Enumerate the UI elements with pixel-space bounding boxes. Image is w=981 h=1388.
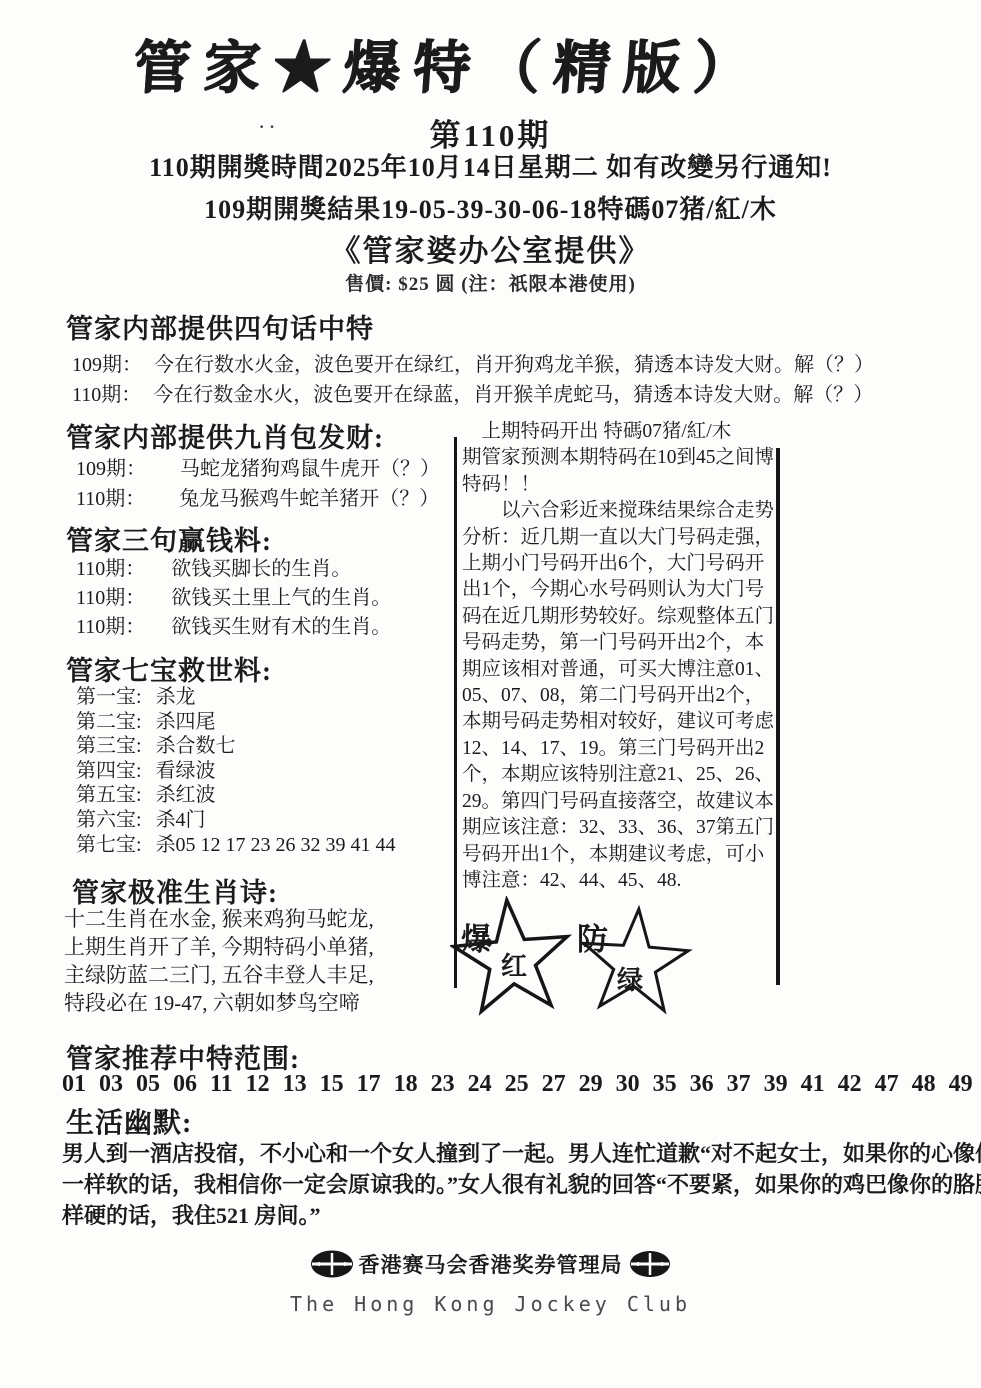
poem-line: 上期生肖开了羊, 今期特码小单猪, xyxy=(64,933,374,961)
tip-row: 109期： 马蛇龙猪狗鸡鼠牛虎开（？） xyxy=(76,454,440,484)
row-text: 欲钱买土里上气的生肖。 xyxy=(171,584,391,613)
row-label: 第二宝: xyxy=(76,710,142,735)
row-text: 杀合数七 xyxy=(156,734,236,759)
row-label: 第三宝: xyxy=(76,734,142,759)
tip-row: 110期： 今在行数金水火，波色要开在绿蓝，肖开猴羊虎蛇马，猜透本诗发大财。解（… xyxy=(72,380,874,410)
row-label: 110期： xyxy=(72,380,141,410)
row-text: 今在行数水火金，波色要开在绿红，肖开狗鸡龙羊猴，猜透本诗发大财。解（？） xyxy=(154,350,874,380)
section-heading-three-sentences: 管家三句赢钱料: xyxy=(66,519,272,558)
row-text: 兔龙马猴鸡牛蛇羊猪开（？） xyxy=(179,484,439,514)
analysis-line: 上期小门号码开出6个，大门号码开 xyxy=(462,551,770,577)
provider-title: 《管家婆办公室提供》 xyxy=(0,226,981,270)
poem-line: 十二生肖在水金, 猴来鸡狗马蛇龙, xyxy=(64,905,374,933)
footer-org-english: The Hong Kong Jockey Club xyxy=(0,1292,981,1316)
row-label: 第四宝: xyxy=(76,759,142,784)
row-label: 109期： xyxy=(76,454,146,484)
tip-row: 第三宝: 杀合数七 xyxy=(76,734,396,759)
analysis-line: 博注意：42、44、45、48. xyxy=(462,868,770,894)
humor-line: 一样软的话，我相信你一定会原谅我的。”女人很有礼貌的回答“不要紧，如果你的鸡巴像… xyxy=(62,1169,981,1200)
analysis-line: 上期特码开出 特碼07猪/紅/木 xyxy=(462,419,770,445)
four-sentences-rows: 109期： 今在行数水火金，波色要开在绿红，肖开狗鸡龙羊猴，猜透本诗发大财。解（… xyxy=(72,350,874,410)
tip-row: 第一宝: 杀龙 xyxy=(76,685,396,710)
section-heading-seven-treasures: 管家七宝救世料: xyxy=(66,649,272,688)
nine-xiao-rows: 109期： 马蛇龙猪狗鸡鼠牛虎开（？） 110期： 兔龙马猴鸡牛蛇羊猪开（？） xyxy=(76,454,440,514)
row-label: 第五宝: xyxy=(76,783,142,808)
tip-row: 110期： 欲钱买生财有术的生肖。 xyxy=(76,613,391,642)
tip-row: 第二宝: 杀四尾 xyxy=(76,710,396,735)
row-text: 看绿波 xyxy=(156,759,216,784)
row-text: 杀红波 xyxy=(156,783,216,808)
section-heading-four-sentences: 管家内部提供四句话中特 xyxy=(66,307,374,346)
row-text: 杀龙 xyxy=(156,685,196,710)
analysis-line: 码在近几期形势较好。综观整体五门 xyxy=(462,604,770,630)
section-heading-humor: 生活幽默: xyxy=(66,1101,192,1141)
analysis-line: 特码！！ xyxy=(462,472,770,498)
poem-line: 主绿防蓝二三门, 五谷丰登人丰足, xyxy=(64,961,374,989)
row-label: 109期： xyxy=(72,350,142,380)
analysis-line: 29。第四门号码直接落空，故建议本 xyxy=(462,789,770,815)
row-label: 110期： xyxy=(76,613,145,642)
analysis-line: 号码开出1个，本期建议考虑，可小 xyxy=(462,842,770,868)
tip-sheet-page: 管家★爆特（精版） ·· 第110期 110期開獎時間2025年10月14日星期… xyxy=(0,0,981,1388)
analysis-line: 期应该相对普通，可买大博注意01、 xyxy=(462,657,770,683)
analysis-line: 以六合彩近来搅珠结果综合走势 xyxy=(462,498,770,524)
row-label: 第一宝: xyxy=(76,685,142,710)
star-label-red: 红 xyxy=(501,946,527,983)
star-label-green: 绿 xyxy=(617,960,643,997)
three-sentences-rows: 110期： 欲钱买脚长的生肖。 110期： 欲钱买土里上气的生肖。 110期： … xyxy=(76,555,391,642)
last-result-line: 109期開獎結果19-05-39-30-06-18特碼07猪/紅/木 xyxy=(0,189,981,226)
row-text: 马蛇龙猪狗鸡鼠牛虎开（？） xyxy=(180,454,440,484)
price-note: 售價: $25 圆 (注：祇限本港使用) xyxy=(0,269,981,296)
analysis-line: 出1个，今期心水号码则认为大门号 xyxy=(462,577,770,603)
column-rule-right xyxy=(776,448,780,985)
row-label: 110期： xyxy=(76,555,145,584)
hkjc-logo-right-icon xyxy=(627,1248,673,1280)
recommend-numbers: 01 03 05 06 11 12 13 15 17 18 23 24 25 2… xyxy=(62,1071,973,1098)
row-text: 欲钱买生财有术的生肖。 xyxy=(171,613,391,642)
tip-row: 第四宝: 看绿波 xyxy=(76,759,396,784)
analysis-line: 05、07、08，第二门号码开出2个， xyxy=(462,683,770,709)
row-label: 110期： xyxy=(76,584,145,613)
section-heading-nine-xiao: 管家内部提供九肖包发财: xyxy=(66,416,384,455)
tip-row: 110期： 欲钱买脚长的生肖。 xyxy=(76,555,391,584)
zodiac-poem-lines: 十二生肖在水金, 猴来鸡狗马蛇龙, 上期生肖开了羊, 今期特码小单猪, 主绿防蓝… xyxy=(64,905,374,1017)
tip-row: 109期： 今在行数水火金，波色要开在绿红，肖开狗鸡龙羊猴，猜透本诗发大财。解（… xyxy=(72,350,874,380)
analysis-line: 本期号码走势相对较好，建议可考虑 xyxy=(462,709,770,735)
masthead-title: 管家★爆特（精版） xyxy=(0,22,942,104)
hkjc-logo-left-icon xyxy=(309,1248,355,1280)
footer-logo-row: 香港赛马会香港奖券管理局 xyxy=(0,1248,981,1280)
tip-row: 110期： 欲钱买土里上气的生肖。 xyxy=(76,584,391,613)
row-text: 今在行数金水火，波色要开在绿蓝，肖开猴羊虎蛇马，猜透本诗发大财。解（？） xyxy=(153,380,873,410)
star-label-guard: 防 xyxy=(577,914,608,959)
row-text: 欲钱买脚长的生肖。 xyxy=(171,555,351,584)
analysis-line: 期应该注意：32、33、36、37第五门 xyxy=(462,815,770,841)
tip-row: 第七宝: 杀05 12 17 23 26 32 39 41 44 xyxy=(76,833,396,858)
tip-row: 第六宝: 杀4门 xyxy=(76,808,396,833)
poem-line: 特段必在 19-47, 六朝如梦鸟空啼 xyxy=(64,989,374,1017)
analysis-line: 12、14、17、19。第三门号码开出2 xyxy=(462,736,770,762)
humor-line: 样硬的话，我住521 房间。” xyxy=(62,1200,981,1231)
analysis-line: 个，本期应该特别注意21、25、26、 xyxy=(462,762,770,788)
row-label: 第六宝: xyxy=(76,808,142,833)
tip-row: 110期： 兔龙马猴鸡牛蛇羊猪开（？） xyxy=(76,484,440,514)
footer-org-chinese: 香港赛马会香港奖券管理局 xyxy=(359,1249,623,1279)
row-label: 第七宝: xyxy=(76,833,142,858)
row-text: 杀4门 xyxy=(156,808,206,833)
analysis-line: 分析：近几期一直以大门号码走强， xyxy=(462,525,770,551)
star-label-burst: 爆 xyxy=(461,914,492,959)
row-label: 110期： xyxy=(76,484,145,514)
analysis-line: 号码走势，第一门号码开出2个，本 xyxy=(462,630,770,656)
draw-time-line: 110期開獎時間2025年10月14日星期二 如有改變另行通知! xyxy=(0,147,981,184)
row-text: 杀05 12 17 23 26 32 39 41 44 xyxy=(156,833,396,858)
humor-line: 男人到一酒店投宿，不小心和一个女人撞到了一起。男人连忙道歉“对不起女士，如果你的… xyxy=(62,1138,981,1169)
analysis-line: 期管家预测本期特码在10到45之间博 xyxy=(462,445,770,471)
seven-treasures-rows: 第一宝: 杀龙 第二宝: 杀四尾 第三宝: 杀合数七 第四宝: 看绿波 第五宝:… xyxy=(76,685,396,857)
analysis-paragraph: 上期特码开出 特碼07猪/紅/木 期管家预测本期特码在10到45之间博 特码！！… xyxy=(462,419,770,894)
tip-row: 第五宝: 杀红波 xyxy=(76,783,396,808)
humor-paragraph: 男人到一酒店投宿，不小心和一个女人撞到了一起。男人连忙道歉“对不起女士，如果你的… xyxy=(62,1138,981,1231)
row-text: 杀四尾 xyxy=(156,710,216,735)
